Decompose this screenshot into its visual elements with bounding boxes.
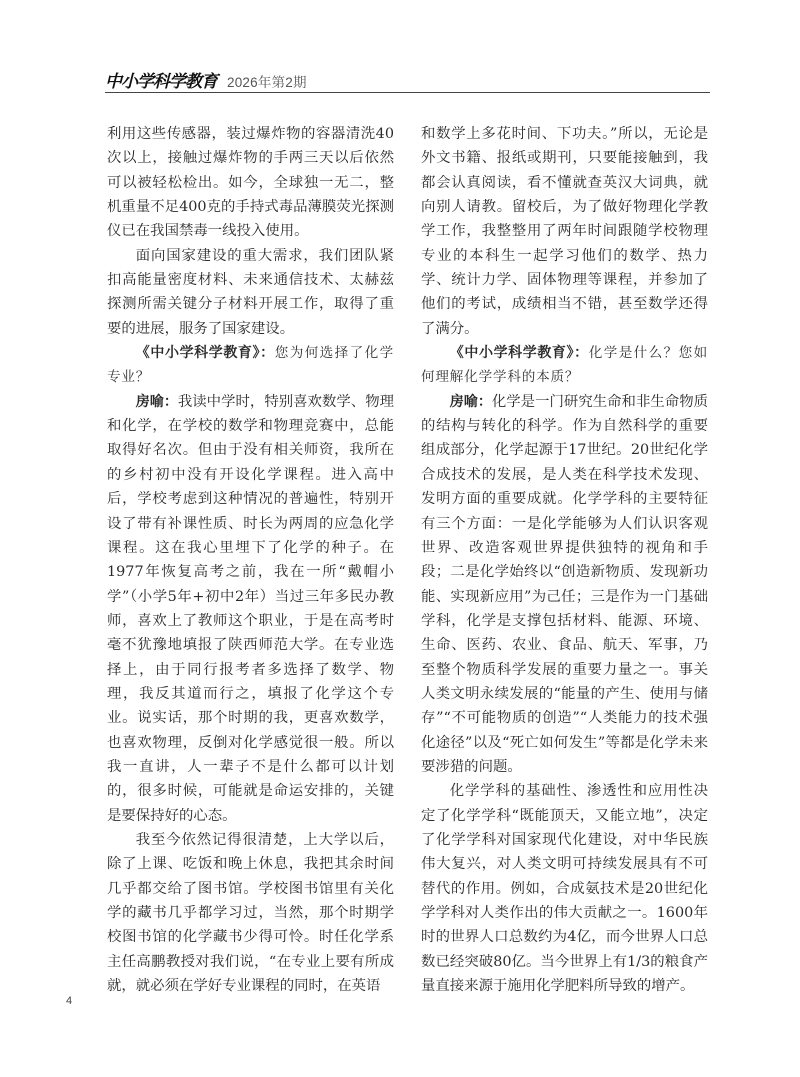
interview-question: 《中小学科学教育》：化学是什么？您如何理解化学学科的本质？	[421, 341, 708, 390]
interview-question: 《中小学科学教育》：您为何选择了化学专业？	[107, 341, 394, 390]
answer-text: 化学是一门研究生命和非生命物质的结构与转化的科学。作为自然科学的重要组成部分，化…	[421, 394, 708, 775]
paragraph: 化学学科的基础性、渗透性和应用性决定了化学学科“既能顶天，又能立地”，决定了化学…	[421, 779, 708, 998]
paragraph: 面向国家建设的重大需求，我们团队紧扣高能量密度材料、未来通信技术、太赫兹探测所需…	[107, 244, 394, 341]
interview-answer: 房喻：化学是一门研究生命和非生命物质的结构与转化的科学。作为自然科学的重要组成部…	[421, 390, 708, 780]
page-number: 4	[66, 995, 72, 1007]
paragraph: 和数学上多花时间、下功夫。”所以，无论是外文书籍、报纸或期刊，只要能接触到，我都…	[421, 122, 708, 341]
question-speaker: 《中小学科学教育》：	[450, 345, 589, 361]
right-column: 和数学上多花时间、下功夫。”所以，无论是外文书籍、报纸或期刊，只要能接触到，我都…	[421, 122, 708, 998]
answer-text: 我读中学时，特别喜欢数学、物理和化学，在学校的数学和物理竞赛中，总能取得好名次。…	[107, 394, 394, 824]
question-speaker: 《中小学科学教育》：	[136, 345, 275, 361]
paragraph: 利用这些传感器，装过爆炸物的容器清洗40次以上，接触过爆炸物的手两三天以后依然可…	[107, 122, 394, 244]
answer-speaker: 房喻：	[450, 394, 492, 410]
answer-speaker: 房喻：	[136, 394, 178, 410]
running-header: 中小学科学教育 2026年第2期	[105, 64, 710, 93]
interview-answer: 房喻：我读中学时，特别喜欢数学、物理和化学，在学校的数学和物理竞赛中，总能取得好…	[107, 390, 394, 828]
journal-logo: 中小学科学教育	[105, 67, 217, 92]
paragraph: 我至今依然记得很清楚，上大学以后，除了上课、吃饭和晚上休息，我把其余时间几乎都交…	[107, 828, 394, 998]
left-column: 利用这些传感器，装过爆炸物的容器清洗40次以上，接触过爆炸物的手两三天以后依然可…	[107, 122, 394, 998]
issue-label: 2026年第2期	[227, 71, 307, 91]
